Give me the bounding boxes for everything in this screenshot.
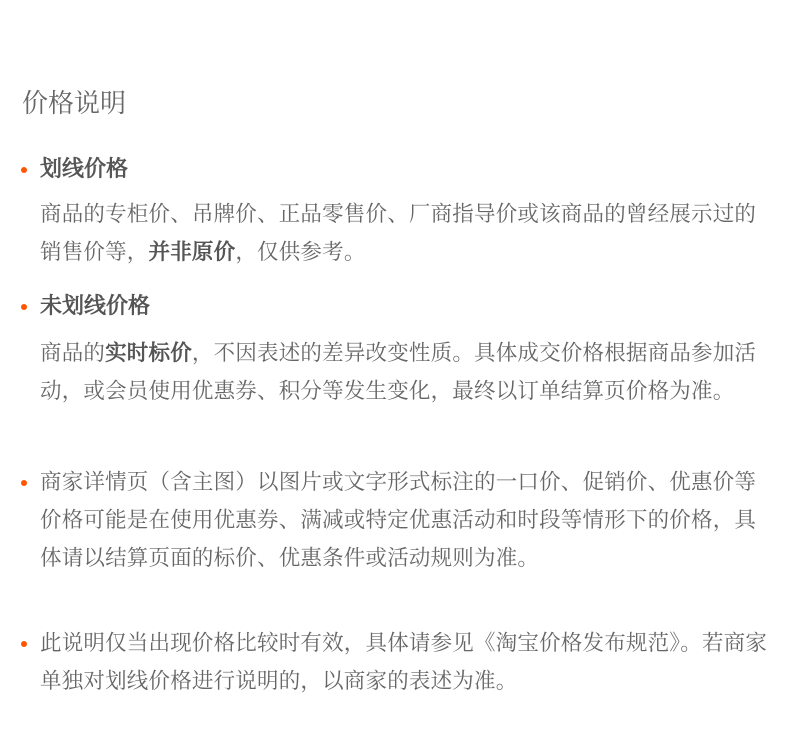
bullet-dot-icon [21, 304, 27, 310]
section-body: 此说明仅当出现价格比较时有效，具体请参见《淘宝价格发布规范》。若商家单独对划线价… [40, 625, 770, 701]
bullet-dot-icon [21, 641, 27, 647]
section-body: 商家详情页（含主图）以图片或文字形式标注的一口价、促销价、优惠价等价格可能是在使… [40, 464, 770, 578]
section-body: 商品的实时标价，不因表述的差异改变性质。具体成交价格根据商品参加活动，或会员使用… [40, 335, 770, 411]
body-text: 商品的 [40, 341, 105, 366]
section-heading: 划线价格 [40, 155, 128, 185]
bullet-dot-icon [21, 167, 27, 173]
body-text: ，仅供参考。 [235, 240, 365, 265]
section-body: 商品的专柜价、吊牌价、正品零售价、厂商指导价或该商品的曾经展示过的销售价等，并非… [40, 196, 770, 272]
body-bold-text: 并非原价 [149, 240, 236, 265]
section-heading: 未划线价格 [40, 292, 150, 322]
body-text: 商品的专柜价、吊牌价、正品零售价、厂商指导价或该商品的曾经展示过的销售价等， [40, 202, 756, 265]
page-title: 价格说明 [22, 86, 126, 122]
bullet-dot-icon [21, 480, 27, 486]
body-bold-text: 实时标价 [105, 341, 192, 366]
